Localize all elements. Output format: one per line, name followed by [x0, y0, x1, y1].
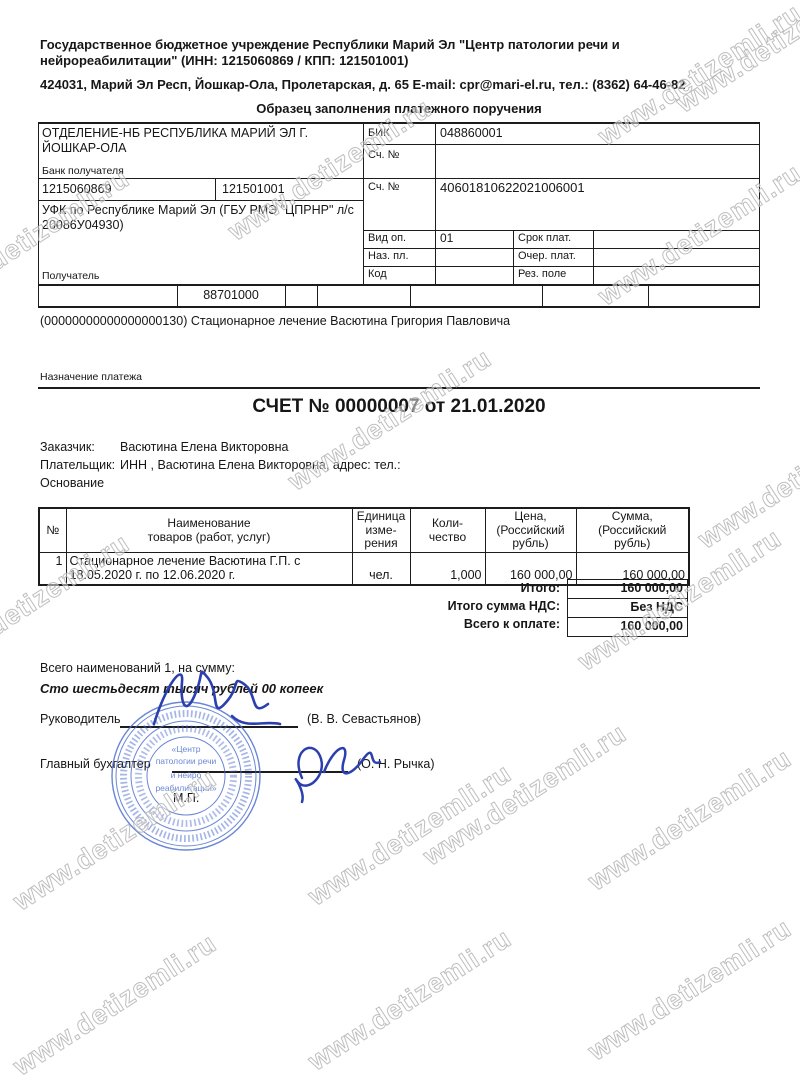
watermark-text: www.detizemli.ru — [8, 763, 222, 917]
border-line — [759, 122, 760, 308]
stamp-inner-text-ring — [139, 729, 234, 824]
org-address-line: 424031, Марий Эл Респ, Йошкар-Ола, Проле… — [40, 77, 686, 92]
total-value: 160 000,00 — [568, 580, 687, 599]
total-vat-label: Итого сумма НДС: — [40, 599, 560, 613]
naz-pl-label: Наз. пл. — [368, 250, 409, 263]
border-line — [363, 266, 760, 267]
payee-label: Получатель — [42, 270, 99, 282]
stamp-center-line1: «Центр — [171, 744, 200, 754]
payment-purpose-label: Назначение платежа — [40, 371, 142, 383]
border-line — [38, 284, 760, 286]
ocher-plat-label: Очер. плат. — [518, 250, 576, 263]
totals-box: 160 000,00 Без НДС 160 000,00 — [567, 579, 688, 637]
border-line — [317, 285, 318, 308]
amount-in-words: Сто шестьдесят тысяч рублей 00 копеек — [40, 681, 323, 696]
border-line — [363, 248, 760, 249]
basis-label: Основание — [40, 476, 104, 491]
director-name: (В. В. Севастьянов) — [307, 712, 421, 727]
watermark-text: www.detizemli.ru — [283, 343, 497, 497]
total-vat-value: Без НДС — [568, 599, 687, 618]
accountant-label: Главный бухгалтер — [40, 757, 151, 772]
item-name: Стационарное лечение Васютина Г.П. с 18.… — [66, 553, 352, 585]
border-line — [38, 122, 760, 124]
srok-plat-label: Срок плат. — [518, 232, 571, 245]
items-header-row: № Наименование товаров (работ, услуг) Ед… — [39, 508, 689, 553]
payer-label: Плательщик: — [40, 458, 115, 473]
watermark-text: www.detizemli.ru — [8, 928, 222, 1082]
bik-value: 048860001 — [440, 126, 503, 141]
accountant-name: (О. Н. Рычка) — [357, 757, 435, 772]
items-count-line: Всего наименований 1, на сумму: — [40, 661, 235, 676]
col-header-num: № — [39, 508, 66, 553]
account-value: 40601810622021006001 — [440, 180, 585, 195]
border-line — [593, 230, 594, 285]
payer-value: ИНН , Васютина Елена Викторовна, адрес: … — [120, 458, 401, 473]
border-line — [38, 122, 39, 308]
watermark-text: www.detizemli.ru — [583, 913, 797, 1067]
corr-account-label: Сч. № — [368, 149, 399, 162]
total-due-label: Всего к оплате: — [40, 617, 560, 631]
customer-value: Васютина Елена Викторовна — [120, 440, 288, 455]
kbk-purpose-line: (00000000000000000130) Стационарное лече… — [40, 314, 510, 329]
account-label: Сч. № — [368, 181, 399, 194]
border-line — [285, 285, 286, 308]
payee-name: УФК по Республике Марий Эл (ГБУ РМЭ "ЦПР… — [42, 203, 362, 233]
payee-inn: 1215060869 — [42, 182, 112, 197]
mp-label: М.П. — [173, 791, 199, 806]
vid-op-label: Вид оп. — [368, 232, 406, 245]
watermark-text: www.detizemli.ru — [583, 743, 797, 897]
item-price: 160 000,00 — [485, 553, 576, 585]
org-round-stamp: «Центр патологии речи и нейро реабилитац… — [106, 696, 266, 856]
watermark-text: www.detizemli.ru — [693, 401, 800, 555]
stamp-center-line2: патологии речи — [156, 756, 217, 766]
watermark-text: www.detizemli.ru — [303, 923, 517, 1077]
org-name-line2: нейрореабилитации" (ИНН: 1215060869 / КП… — [40, 53, 408, 68]
border-line — [38, 306, 760, 308]
accountant-signature-line — [172, 771, 348, 773]
item-unit: чел. — [352, 553, 410, 585]
watermark-text: www.detizemli.ru — [303, 758, 517, 912]
item-qty: 1,000 — [410, 553, 485, 585]
total-due-value: 160 000,00 — [568, 618, 687, 636]
payee-kpp: 121501001 — [222, 182, 285, 197]
kod-label: Код — [368, 268, 387, 281]
stamp-outer-text-ring — [124, 714, 249, 839]
border-line — [410, 285, 411, 308]
payment-purpose-rule — [38, 387, 760, 389]
payee-bank-name: ОТДЕЛЕНИЕ-НБ РЕСПУБЛИКА МАРИЙ ЭЛ Г. ЙОШК… — [42, 126, 347, 156]
border-line — [363, 122, 364, 285]
customer-label: Заказчик: — [40, 440, 95, 455]
border-line — [513, 230, 514, 285]
border-line — [648, 285, 649, 308]
col-header-unit: Единица изме- рения — [352, 508, 410, 553]
director-signature-line — [120, 726, 298, 728]
border-line — [38, 200, 363, 201]
director-label: Руководитель — [40, 712, 121, 727]
border-line — [435, 122, 436, 285]
border-line — [363, 230, 760, 231]
payment-order-table: ОТДЕЛЕНИЕ-НБ РЕСПУБЛИКА МАРИЙ ЭЛ Г. ЙОШК… — [38, 122, 760, 308]
org-name-line1: Государственное бюджетное учреждение Рес… — [40, 37, 620, 52]
payment-sample-title: Образец заполнения платежного поручения — [38, 101, 760, 116]
invoice-title: СЧЕТ № 00000007 от 21.01.2020 — [38, 396, 760, 418]
col-header-price: Цена, (Российский рубль) — [485, 508, 576, 553]
border-line — [38, 178, 760, 179]
vid-op-value: 01 — [440, 231, 453, 245]
col-header-name: Наименование товаров (работ, услуг) — [66, 508, 352, 553]
col-header-qty: Коли- чество — [410, 508, 485, 553]
rez-pole-label: Рез. поле — [518, 268, 566, 281]
border-line — [363, 144, 760, 145]
invoice-items-table: № Наименование товаров (работ, услуг) Ед… — [38, 507, 690, 586]
item-num: 1 — [39, 553, 66, 585]
col-header-sum: Сумма, (Российский рубль) — [576, 508, 689, 553]
border-line — [215, 178, 216, 200]
border-line — [542, 285, 543, 308]
invoice-document: www.detizemli.ruwww.detizemli.ruwww.deti… — [0, 0, 800, 1086]
oktmo-code: 88701000 — [177, 288, 285, 303]
bik-label: БИК — [368, 127, 390, 140]
watermark-text: www.detizemli.ru — [418, 718, 632, 872]
total-label: Итого: — [40, 581, 560, 595]
payee-bank-label: Банк получателя — [42, 165, 124, 177]
